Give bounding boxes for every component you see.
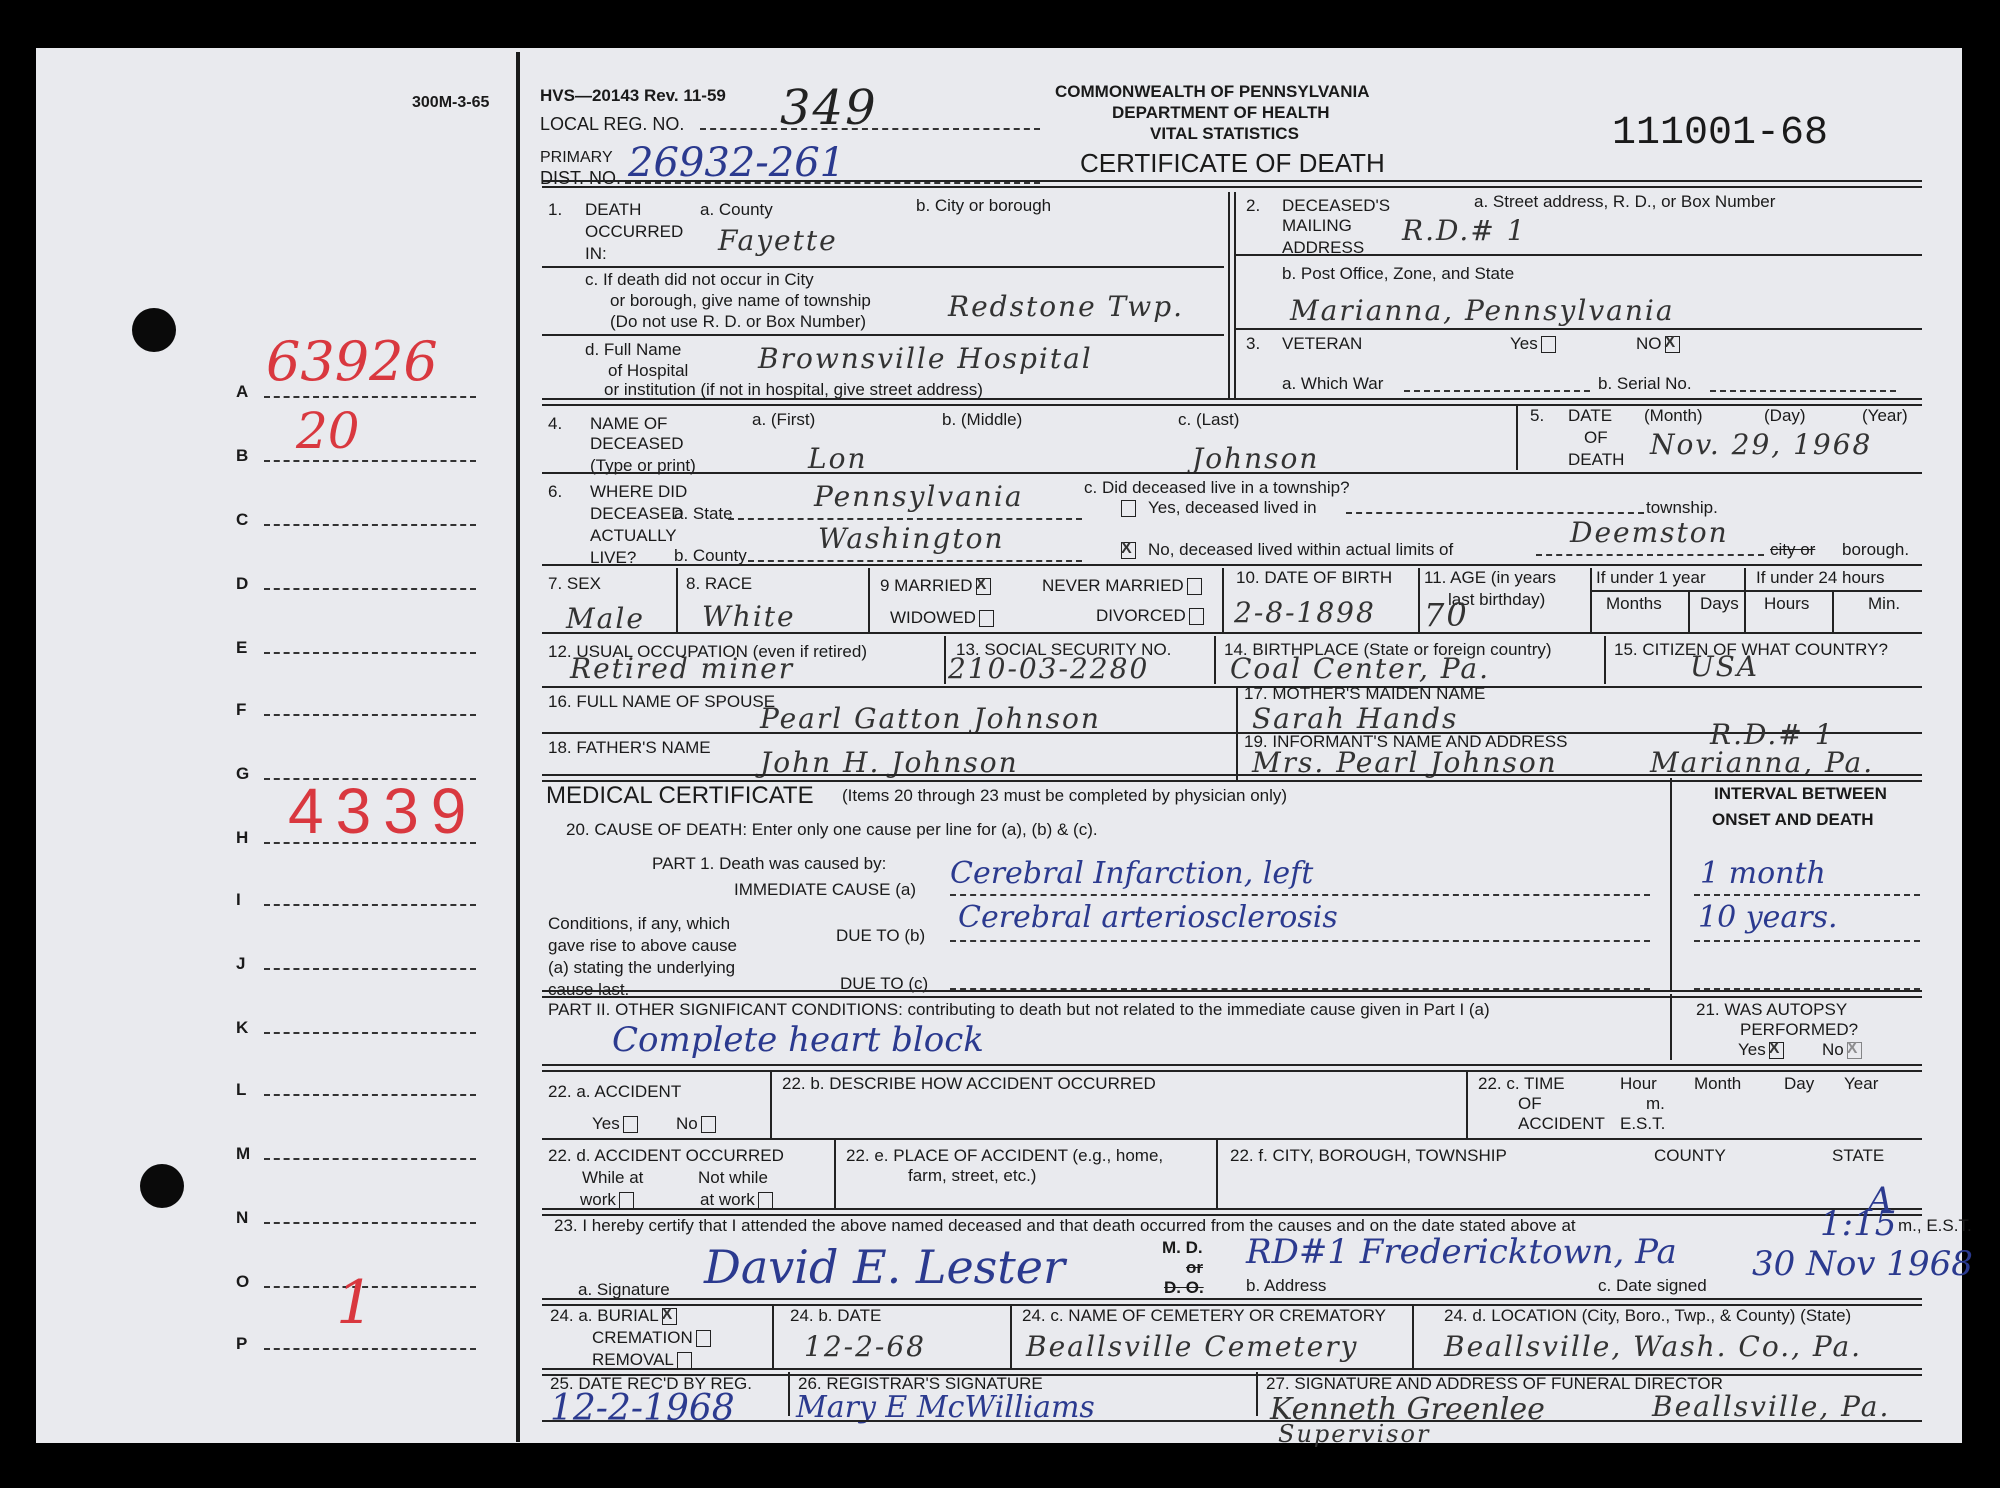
field-label: Month [1694, 1074, 1741, 1094]
field-label: m. [1646, 1094, 1665, 1114]
field-label: of Hospital [608, 361, 688, 381]
field-label: PERFORMED? [1740, 1020, 1858, 1040]
form-rule [950, 894, 1650, 896]
widowed-checkbox[interactable] [979, 610, 994, 627]
field-label: If under 1 year [1596, 568, 1706, 588]
stub-row-f: F [236, 700, 476, 720]
field-label: 17. MOTHER'S MAIDEN NAME [1244, 684, 1485, 704]
field-label: m., E.S.T. [1898, 1216, 1972, 1236]
form-rule [542, 990, 1922, 998]
field-label: b. Address [1246, 1276, 1326, 1296]
removal-checkbox[interactable] [677, 1352, 692, 1369]
field-label: INTERVAL BETWEEN [1714, 784, 1887, 804]
primary-label: PRIMARY [540, 148, 613, 168]
field-label: city or [1770, 540, 1815, 560]
field-label: NAME OF [590, 414, 667, 434]
field-label: M. D. [1162, 1238, 1203, 1258]
form-rule [1346, 512, 1644, 514]
form-rule [1688, 592, 1690, 632]
field-label: 22. d. ACCIDENT OCCURRED [548, 1146, 784, 1166]
stub-row-m: M [236, 1144, 476, 1164]
divorced-checkbox[interactable] [1189, 608, 1204, 625]
field-label: (Day) [1764, 406, 1806, 426]
field-label: c. Did deceased live in a township? [1084, 478, 1350, 498]
field-label: NO [1636, 334, 1680, 354]
field-label: 10. DATE OF BIRTH [1236, 568, 1392, 588]
form-rule [542, 1208, 1922, 1216]
funeral-director-title: Supervisor [1278, 1420, 1430, 1448]
field-label: IMMEDIATE CAUSE (a) [734, 880, 916, 900]
field-label: or borough, give name of township [610, 291, 871, 311]
red-mark-b: 20 [296, 402, 360, 460]
form-rule [1236, 688, 1238, 780]
form-rule [1222, 568, 1224, 632]
post-office-value: Marianna, Pennsylvania [1290, 294, 1675, 327]
mothers-maiden-name-value: Sarah Hands [1252, 702, 1458, 735]
field-label: or [1186, 1258, 1203, 1278]
not-at-work-checkbox[interactable] [758, 1192, 773, 1209]
agency-line1: COMMONWEALTH OF PENNSYLVANIA [1055, 82, 1369, 102]
field-label: work [580, 1190, 634, 1210]
township-value: Redstone Twp. [948, 290, 1184, 323]
local-reg-label: LOCAL REG. NO. [540, 114, 684, 134]
never-married-checkbox[interactable] [1187, 578, 1202, 595]
agency-line3: VITAL STATISTICS [1150, 124, 1299, 144]
field-label: 22. e. PLACE OF ACCIDENT (e.g., home, [846, 1146, 1163, 1166]
immediate-cause-value: Cerebral Infarction, left [950, 856, 1313, 891]
field-label: a. Signature [578, 1280, 670, 1300]
accident-yes-checkbox[interactable] [623, 1116, 638, 1133]
field-label: Yes, deceased lived in [1118, 498, 1317, 518]
field-label: farm, street, etc.) [908, 1166, 1036, 1186]
form-rule [542, 1064, 1922, 1072]
stub-row-d: D [236, 574, 476, 594]
form-rule [1590, 568, 1592, 632]
field-label: E.S.T. [1620, 1114, 1665, 1134]
field-label: a. Street address, R. D., or Box Number [1474, 192, 1775, 212]
field-label: c. Date signed [1598, 1276, 1707, 1296]
field-label: D. O. [1164, 1278, 1204, 1298]
field-label: 20. CAUSE OF DEATH: Enter only one cause… [566, 820, 1098, 840]
stub-form-code: 300M-3-65 [412, 94, 489, 112]
township-no-checkbox[interactable] [1121, 542, 1136, 559]
form-rule [1404, 390, 1590, 392]
physician-signature: David E. Lester [704, 1240, 1065, 1294]
date-of-birth-value: 2-8-1898 [1234, 596, 1376, 629]
form-rule [1236, 254, 1922, 256]
form-rule [542, 774, 1922, 782]
field-label: NEVER MARRIED [1042, 576, 1202, 596]
last-name-value: Johnson [1192, 442, 1319, 475]
ssn-value: 210-03-2280 [948, 652, 1149, 685]
field-label: a. State [674, 504, 733, 524]
form-rule [542, 180, 1922, 188]
field-label: a. (First) [752, 410, 815, 430]
form-rule [1010, 1304, 1012, 1368]
field-label: 9 MARRIED [880, 576, 991, 596]
form-rule [1234, 192, 1236, 398]
field-label: 6. [548, 482, 562, 502]
stub-row-c: C [236, 510, 476, 530]
field-label: b. Serial No. [1598, 374, 1692, 394]
agency-line2: DEPARTMENT OF HEALTH [1112, 103, 1330, 123]
form-rule [1214, 636, 1216, 684]
form-rule [1694, 940, 1920, 942]
field-label: DEATH [585, 200, 641, 220]
form-rule [1236, 328, 1922, 330]
medical-title: MEDICAL CERTIFICATE [546, 782, 814, 810]
form-rule [542, 1138, 1922, 1140]
field-label: 22. b. DESCRIBE HOW ACCIDENT OCCURRED [782, 1074, 1156, 1094]
field-label: DIVORCED [1096, 606, 1204, 626]
am-pm-value: A [1868, 1180, 1893, 1220]
field-label: 16. FULL NAME OF SPOUSE [548, 692, 775, 712]
field-label: No, deceased lived within actual limits … [1118, 540, 1453, 560]
form-rule [1604, 636, 1606, 684]
form-rule [676, 568, 678, 632]
field-label: Months [1606, 594, 1662, 614]
certificate-number: 111001-68 [1612, 112, 1828, 156]
form-rule [1590, 590, 1922, 592]
form-rule [542, 686, 1922, 688]
punch-hole-top [132, 308, 176, 352]
form-rule [1412, 1304, 1414, 1368]
form-rule [1466, 1070, 1468, 1138]
field-label: 24. d. LOCATION (City, Boro., Twp., & Co… [1444, 1306, 1851, 1326]
form-rule [944, 636, 946, 684]
field-label: DECEASED'S [1282, 196, 1390, 216]
field-label: (Items 20 through 23 must be completed b… [842, 786, 1287, 806]
form-rule [1256, 1372, 1258, 1416]
township-yes-checkbox[interactable] [1121, 500, 1136, 517]
field-label: Yes [592, 1114, 638, 1134]
form-rule [1744, 568, 1746, 632]
race-value: White [702, 600, 796, 633]
field-label: Hour [1620, 1074, 1657, 1094]
form-rule [1418, 568, 1420, 632]
form-rule [868, 568, 870, 632]
field-label: borough. [1842, 540, 1909, 560]
certificate-title: CERTIFICATE OF DEATH [1080, 148, 1385, 178]
field-label: ACTUALLY [590, 526, 677, 546]
form-rule [772, 1304, 774, 1368]
accident-no-checkbox[interactable] [701, 1116, 716, 1133]
form-rule [542, 334, 1224, 336]
field-label: MAILING [1282, 216, 1352, 236]
autopsy-no-checkbox[interactable] [1847, 1042, 1862, 1059]
form-rule [542, 1298, 1922, 1306]
field-label: Yes [1738, 1040, 1784, 1060]
local-reg-value: 349 [780, 80, 878, 136]
first-name-value: Lon [808, 442, 867, 475]
field-label: No [676, 1114, 716, 1134]
field-label: 24. c. NAME OF CEMETERY OR CREMATORY [1022, 1306, 1386, 1326]
married-checkbox[interactable] [976, 578, 991, 595]
field-label: 22. c. TIME [1478, 1074, 1565, 1094]
field-label: 2. [1246, 196, 1260, 216]
sex-value: Male [566, 602, 645, 635]
field-label: 22. a. ACCIDENT [548, 1082, 681, 1102]
field-label: or institution (if not in hospital, give… [604, 380, 983, 400]
date-signed-value: 30 Nov 1968 [1752, 1244, 1973, 1284]
form-number: HVS—20143 Rev. 11-59 [540, 86, 726, 106]
date-received-value: 12-2-1968 [550, 1388, 735, 1429]
field-label: (Year) [1862, 406, 1908, 426]
burial-date-value: 12-2-68 [804, 1330, 926, 1363]
form-rule [728, 518, 1082, 520]
field-label: 4. [548, 414, 562, 434]
field-label: If under 24 hours [1756, 568, 1885, 588]
form-rule [1228, 192, 1230, 398]
field-label: a. County [700, 200, 773, 220]
stub-row-i: I [236, 890, 476, 910]
punch-hole-bottom [140, 1164, 184, 1208]
due-to-b-value: Cerebral arteriosclerosis [958, 900, 1338, 935]
form-rule [748, 560, 1082, 562]
form-rule [1536, 554, 1764, 556]
burial-checkbox[interactable] [662, 1308, 677, 1325]
occupation-value: Retired miner [570, 652, 794, 685]
street-value: R.D.# 1 [1402, 214, 1527, 247]
field-label: b. (Middle) [942, 410, 1022, 430]
field-label: 7. SEX [548, 574, 601, 594]
field-label: (Do not use R. D. or Box Number) [610, 312, 866, 332]
autopsy-yes-checkbox[interactable] [1769, 1042, 1784, 1059]
veteran-no-checkbox[interactable] [1665, 336, 1680, 353]
part2-value: Complete heart block [612, 1020, 984, 1060]
form-rule [1694, 894, 1920, 896]
stub-row-l: L [236, 1080, 476, 1100]
field-label: at work [700, 1190, 773, 1210]
field-label: Hours [1764, 594, 1809, 614]
funeral-director-address: Beallsville, Pa. [1652, 1390, 1890, 1423]
field-label: 11. AGE (in years [1424, 568, 1556, 588]
field-label: Conditions, if any, which [548, 914, 730, 934]
form-rule [834, 1140, 836, 1208]
field-label: 22. f. CITY, BOROUGH, TOWNSHIP [1230, 1146, 1507, 1166]
field-label: b. County [674, 546, 747, 566]
red-mark-h: 4339 [288, 774, 478, 848]
field-label: WHERE DID [590, 482, 687, 502]
field-label: 18. FATHER'S NAME [548, 738, 711, 758]
form-rule [1670, 994, 1672, 1060]
field-label: township. [1646, 498, 1718, 518]
date-of-death-value: Nov. 29, 1968 [1650, 428, 1872, 461]
residence-borough-value: Deemston [1570, 516, 1729, 549]
form-rule [770, 1070, 772, 1138]
stub-row-n: N [236, 1208, 476, 1228]
field-label: 5. [1530, 406, 1544, 426]
form-rule [1670, 778, 1672, 990]
cremation-checkbox[interactable] [696, 1330, 711, 1347]
field-label: No [1822, 1040, 1862, 1060]
field-label: (a) stating the underlying [548, 958, 735, 978]
field-label: 8. RACE [686, 574, 752, 594]
field-label: 1. [548, 200, 562, 220]
while-at-work-checkbox[interactable] [619, 1192, 634, 1209]
field-label: 24. a. BURIAL [550, 1306, 677, 1326]
red-mark-a: 63926 [266, 330, 438, 393]
form-rule [542, 472, 1922, 474]
field-label: 24. b. DATE [790, 1306, 881, 1326]
field-label: DEATH [1568, 450, 1624, 470]
form-rule [542, 1420, 1922, 1422]
field-label: ONSET AND DEATH [1712, 810, 1874, 830]
field-label: c. (Last) [1178, 410, 1239, 430]
form-rule [1216, 1140, 1218, 1208]
field-label: OF [1518, 1094, 1542, 1114]
form-rule [1516, 404, 1518, 470]
burial-location-value: Beallsville, Wash. Co., Pa. [1444, 1330, 1862, 1363]
birthplace-value: Coal Center, Pa. [1230, 652, 1490, 685]
form-rule [1832, 592, 1834, 632]
residence-county-value: Washington [818, 522, 1005, 555]
field-label: Min. [1868, 594, 1900, 614]
form-rule [542, 266, 1224, 268]
red-mark-o: 1 [336, 1268, 374, 1338]
field-label: Days [1700, 594, 1739, 614]
hospital-value: Brownsville Hospital [758, 342, 1093, 375]
field-label: DECEASED [590, 434, 684, 454]
spouse-value: Pearl Gatton Johnson [760, 702, 1101, 735]
field-label: 3. [1246, 334, 1260, 354]
form-rule [788, 1372, 790, 1416]
field-label: DECEASED [590, 504, 684, 524]
field-label: gave rise to above cause [548, 936, 737, 956]
field-label: OCCURRED [585, 222, 683, 242]
field-label: PART II. OTHER SIGNIFICANT CONDITIONS: c… [548, 1000, 1490, 1020]
field-label: ACCIDENT [1518, 1114, 1605, 1134]
field-label: PART 1. Death was caused by: [652, 854, 886, 874]
stub-divider [516, 52, 520, 1442]
field-label: IN: [585, 244, 607, 264]
field-label: b. City or borough [916, 196, 1051, 216]
field-label: Yes [1510, 334, 1556, 354]
field-label: (Month) [1644, 406, 1703, 426]
physician-address: RD#1 Fredericktown, Pa [1246, 1232, 1677, 1272]
field-label: While at [582, 1168, 643, 1188]
field-label: 21. WAS AUTOPSY [1696, 1000, 1847, 1020]
cemetery-value: Beallsville Cemetery [1026, 1330, 1358, 1363]
citizenship-value: USA [1690, 650, 1759, 683]
age-value: 70 [1424, 596, 1469, 634]
field-label: a. Which War [1282, 374, 1383, 394]
field-label: DATE [1568, 406, 1612, 426]
stub-row-j: J [236, 954, 476, 974]
form-rule [542, 564, 1922, 566]
field-label: DUE TO (b) [836, 926, 925, 946]
form-rule [950, 940, 1650, 942]
field-label: Not while [698, 1168, 768, 1188]
field-label: CREMATION [592, 1328, 711, 1348]
field-label: Year [1844, 1074, 1878, 1094]
form-rule [1710, 390, 1896, 392]
field-label: b. Post Office, Zone, and State [1282, 264, 1514, 284]
field-label: c. If death did not occur in City [585, 270, 814, 290]
residence-state-value: Pennsylvania [814, 480, 1024, 513]
form-rule [542, 632, 1922, 634]
immediate-cause-interval: 1 month [1700, 856, 1826, 891]
field-label: STATE [1832, 1146, 1884, 1166]
field-label: REMOVAL [592, 1350, 692, 1370]
stub-row-k: K [236, 1018, 476, 1038]
field-label: VETERAN [1282, 334, 1362, 354]
field-label: Day [1784, 1074, 1814, 1094]
county-value: Fayette [718, 224, 838, 257]
veteran-yes-checkbox[interactable] [1541, 336, 1556, 353]
due-to-b-interval: 10 years. [1698, 900, 1838, 935]
field-label: d. Full Name [585, 340, 681, 360]
stub-row-e: E [236, 638, 476, 658]
field-label: WIDOWED [890, 608, 994, 628]
field-label: COUNTY [1654, 1146, 1726, 1166]
form-rule [542, 398, 1922, 406]
field-label: OF [1584, 428, 1608, 448]
